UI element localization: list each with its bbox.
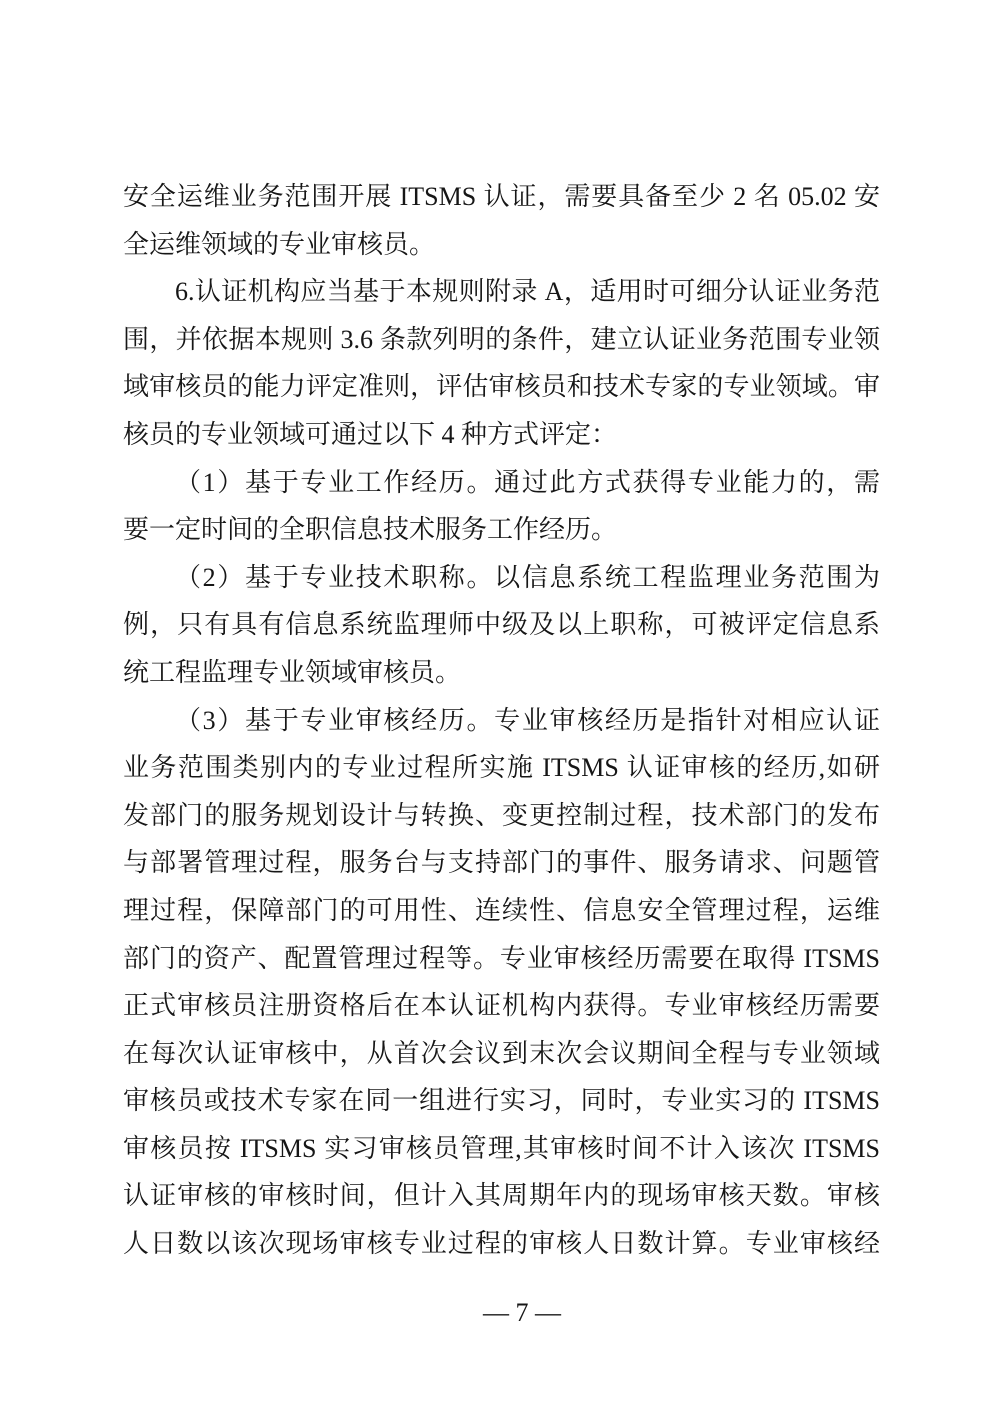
text-line: 6.认证机构应当基于本规则附录 A，适用时可细分认证业务范 xyxy=(123,268,880,316)
text-line: 围，并依据本规则 3.6 条款列明的条件，建立认证业务范围专业领 xyxy=(123,316,880,364)
text-line: 安全运维业务范围开展 ITSMS 认证，需要具备至少 2 名 05.02 安 xyxy=(123,173,880,221)
text-line: 统工程监理专业领域审核员。 xyxy=(123,649,880,697)
text-line: 认证审核的审核时间，但计入其周期年内的现场审核天数。审核 xyxy=(123,1172,880,1220)
text-line: 例，只有具有信息系统监理师中级及以上职称，可被评定信息系 xyxy=(123,601,880,649)
text-line: 要一定时间的全职信息技术服务工作经历。 xyxy=(123,506,880,554)
text-line: 部门的资产、配置管理过程等。专业审核经历需要在取得 ITSMS xyxy=(123,935,880,983)
text-line: 人日数以该次现场审核专业过程的审核人日数计算。专业审核经 xyxy=(123,1220,880,1268)
text-line: 与部署管理过程，服务台与支持部门的事件、服务请求、问题管 xyxy=(123,839,880,887)
text-line: （1）基于专业工作经历。通过此方式获得专业能力的，需 xyxy=(123,459,880,507)
text-line: 审核员或技术专家在同一组进行实习，同时，专业实习的 ITSMS xyxy=(123,1077,880,1125)
text-line: （2）基于专业技术职称。以信息系统工程监理业务范围为 xyxy=(123,554,880,602)
text-line: 核员的专业领域可通过以下 4 种方式评定： xyxy=(123,411,880,459)
document-body: 安全运维业务范围开展 ITSMS 认证，需要具备至少 2 名 05.02 安全运… xyxy=(123,173,880,1268)
text-line: 在每次认证审核中，从首次会议到末次会议期间全程与专业领域 xyxy=(123,1030,880,1078)
page-footer: — 7 — xyxy=(0,1298,1000,1328)
document-page: 安全运维业务范围开展 ITSMS 认证，需要具备至少 2 名 05.02 安全运… xyxy=(0,0,1000,1414)
text-line: 理过程，保障部门的可用性、连续性、信息安全管理过程，运维 xyxy=(123,887,880,935)
page-number: — 7 — xyxy=(483,1298,561,1327)
text-line: 发部门的服务规划设计与转换、变更控制过程，技术部门的发布 xyxy=(123,792,880,840)
text-line: （3）基于专业审核经历。专业审核经历是指针对相应认证 xyxy=(123,697,880,745)
text-line: 域审核员的能力评定准则，评估审核员和技术专家的专业领域。审 xyxy=(123,363,880,411)
text-line: 审核员按 ITSMS 实习审核员管理,其审核时间不计入该次 ITSMS xyxy=(123,1125,880,1173)
text-line: 正式审核员注册资格后在本认证机构内获得。专业审核经历需要 xyxy=(123,982,880,1030)
text-line: 全运维领域的专业审核员。 xyxy=(123,221,880,269)
text-line: 业务范围类别内的专业过程所实施 ITSMS 认证审核的经历,如研 xyxy=(123,744,880,792)
